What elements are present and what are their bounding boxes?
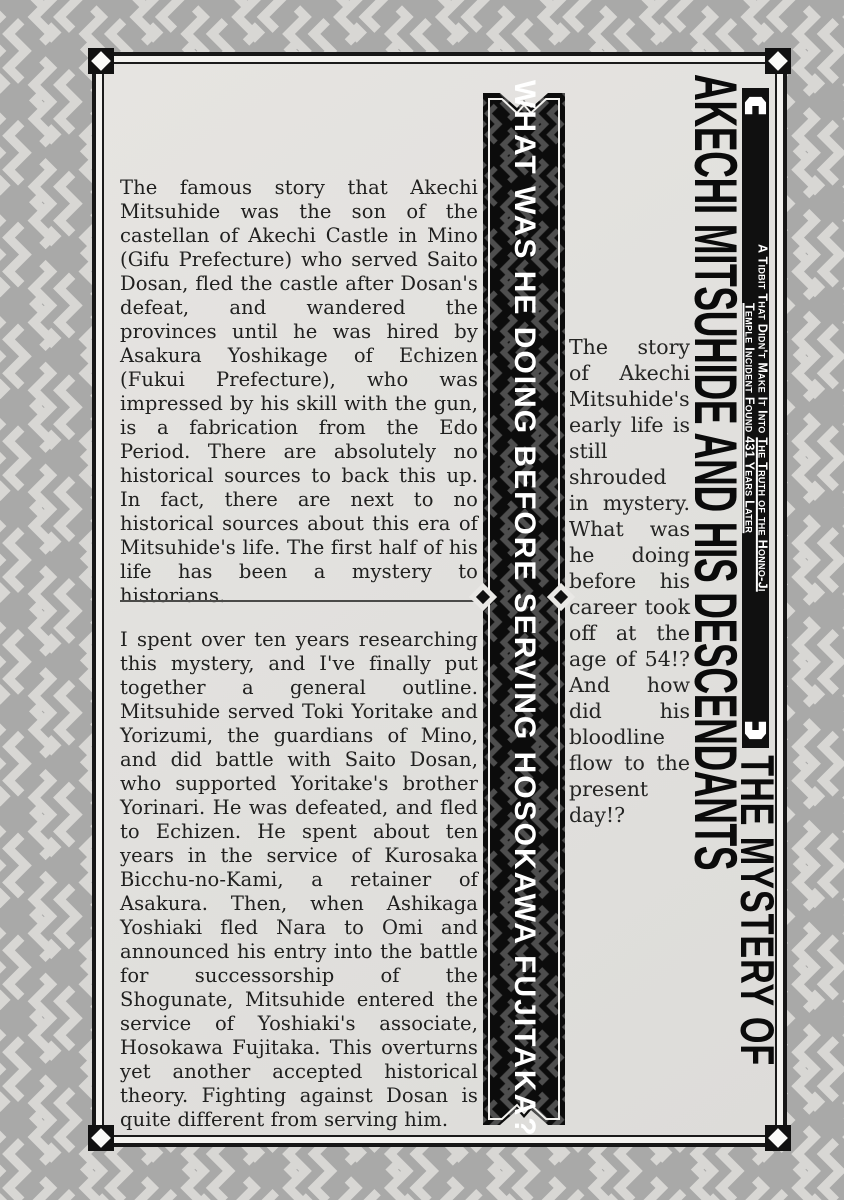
subtitle-line1-underlined: The Truth of the Honno-Ji (756, 438, 770, 592)
manga-info-page: The famous story that Akechi Mitsuhide w… (0, 0, 844, 1200)
corner-diamond-icon (88, 1125, 114, 1151)
paragraph-divider-rule (120, 600, 477, 602)
corner-diamond-icon (765, 1125, 791, 1151)
main-title-mystery: THE MYSTERY OF (736, 750, 774, 1072)
body-paragraph-2: I spent over ten years researching this … (120, 628, 478, 1132)
main-title-akechi: AKECHI MITSUHIDE AND HIS DESCENDANTS (687, 86, 739, 858)
corner-diamond-icon (765, 48, 791, 74)
subtitle-lines: A Tidbit That Didn't Make It Into The Tr… (743, 117, 769, 719)
body-paragraph-1: The famous story that Akechi Mitsuhide w… (120, 176, 478, 608)
close-bracket-icon (743, 719, 768, 741)
open-bracket-icon (743, 95, 768, 117)
subtitle-line1-prefix: A Tidbit That Didn't Make It Into (756, 244, 770, 437)
intro-column-text: The story of Akechi Mitsuhide's early li… (569, 334, 690, 828)
subtitle-line-1: A Tidbit That Didn't Make It Into The Tr… (756, 244, 769, 592)
corner-diamond-icon (88, 48, 114, 74)
subtitle-line-2: Temple Incident Found 431 Years Later (743, 303, 756, 533)
question-banner-text: WHAT WAS HE DOING BEFORE SERVING HOSOKAW… (507, 80, 541, 1138)
question-banner: WHAT WAS HE DOING BEFORE SERVING HOSOKAW… (483, 93, 565, 1125)
subtitle-line2-underlined: Temple Incident Found 431 Years Later (743, 303, 757, 533)
main-title-mystery-text: THE MYSTERY OF (728, 756, 782, 1067)
subtitle-strip: A Tidbit That Didn't Make It Into The Tr… (742, 88, 769, 748)
